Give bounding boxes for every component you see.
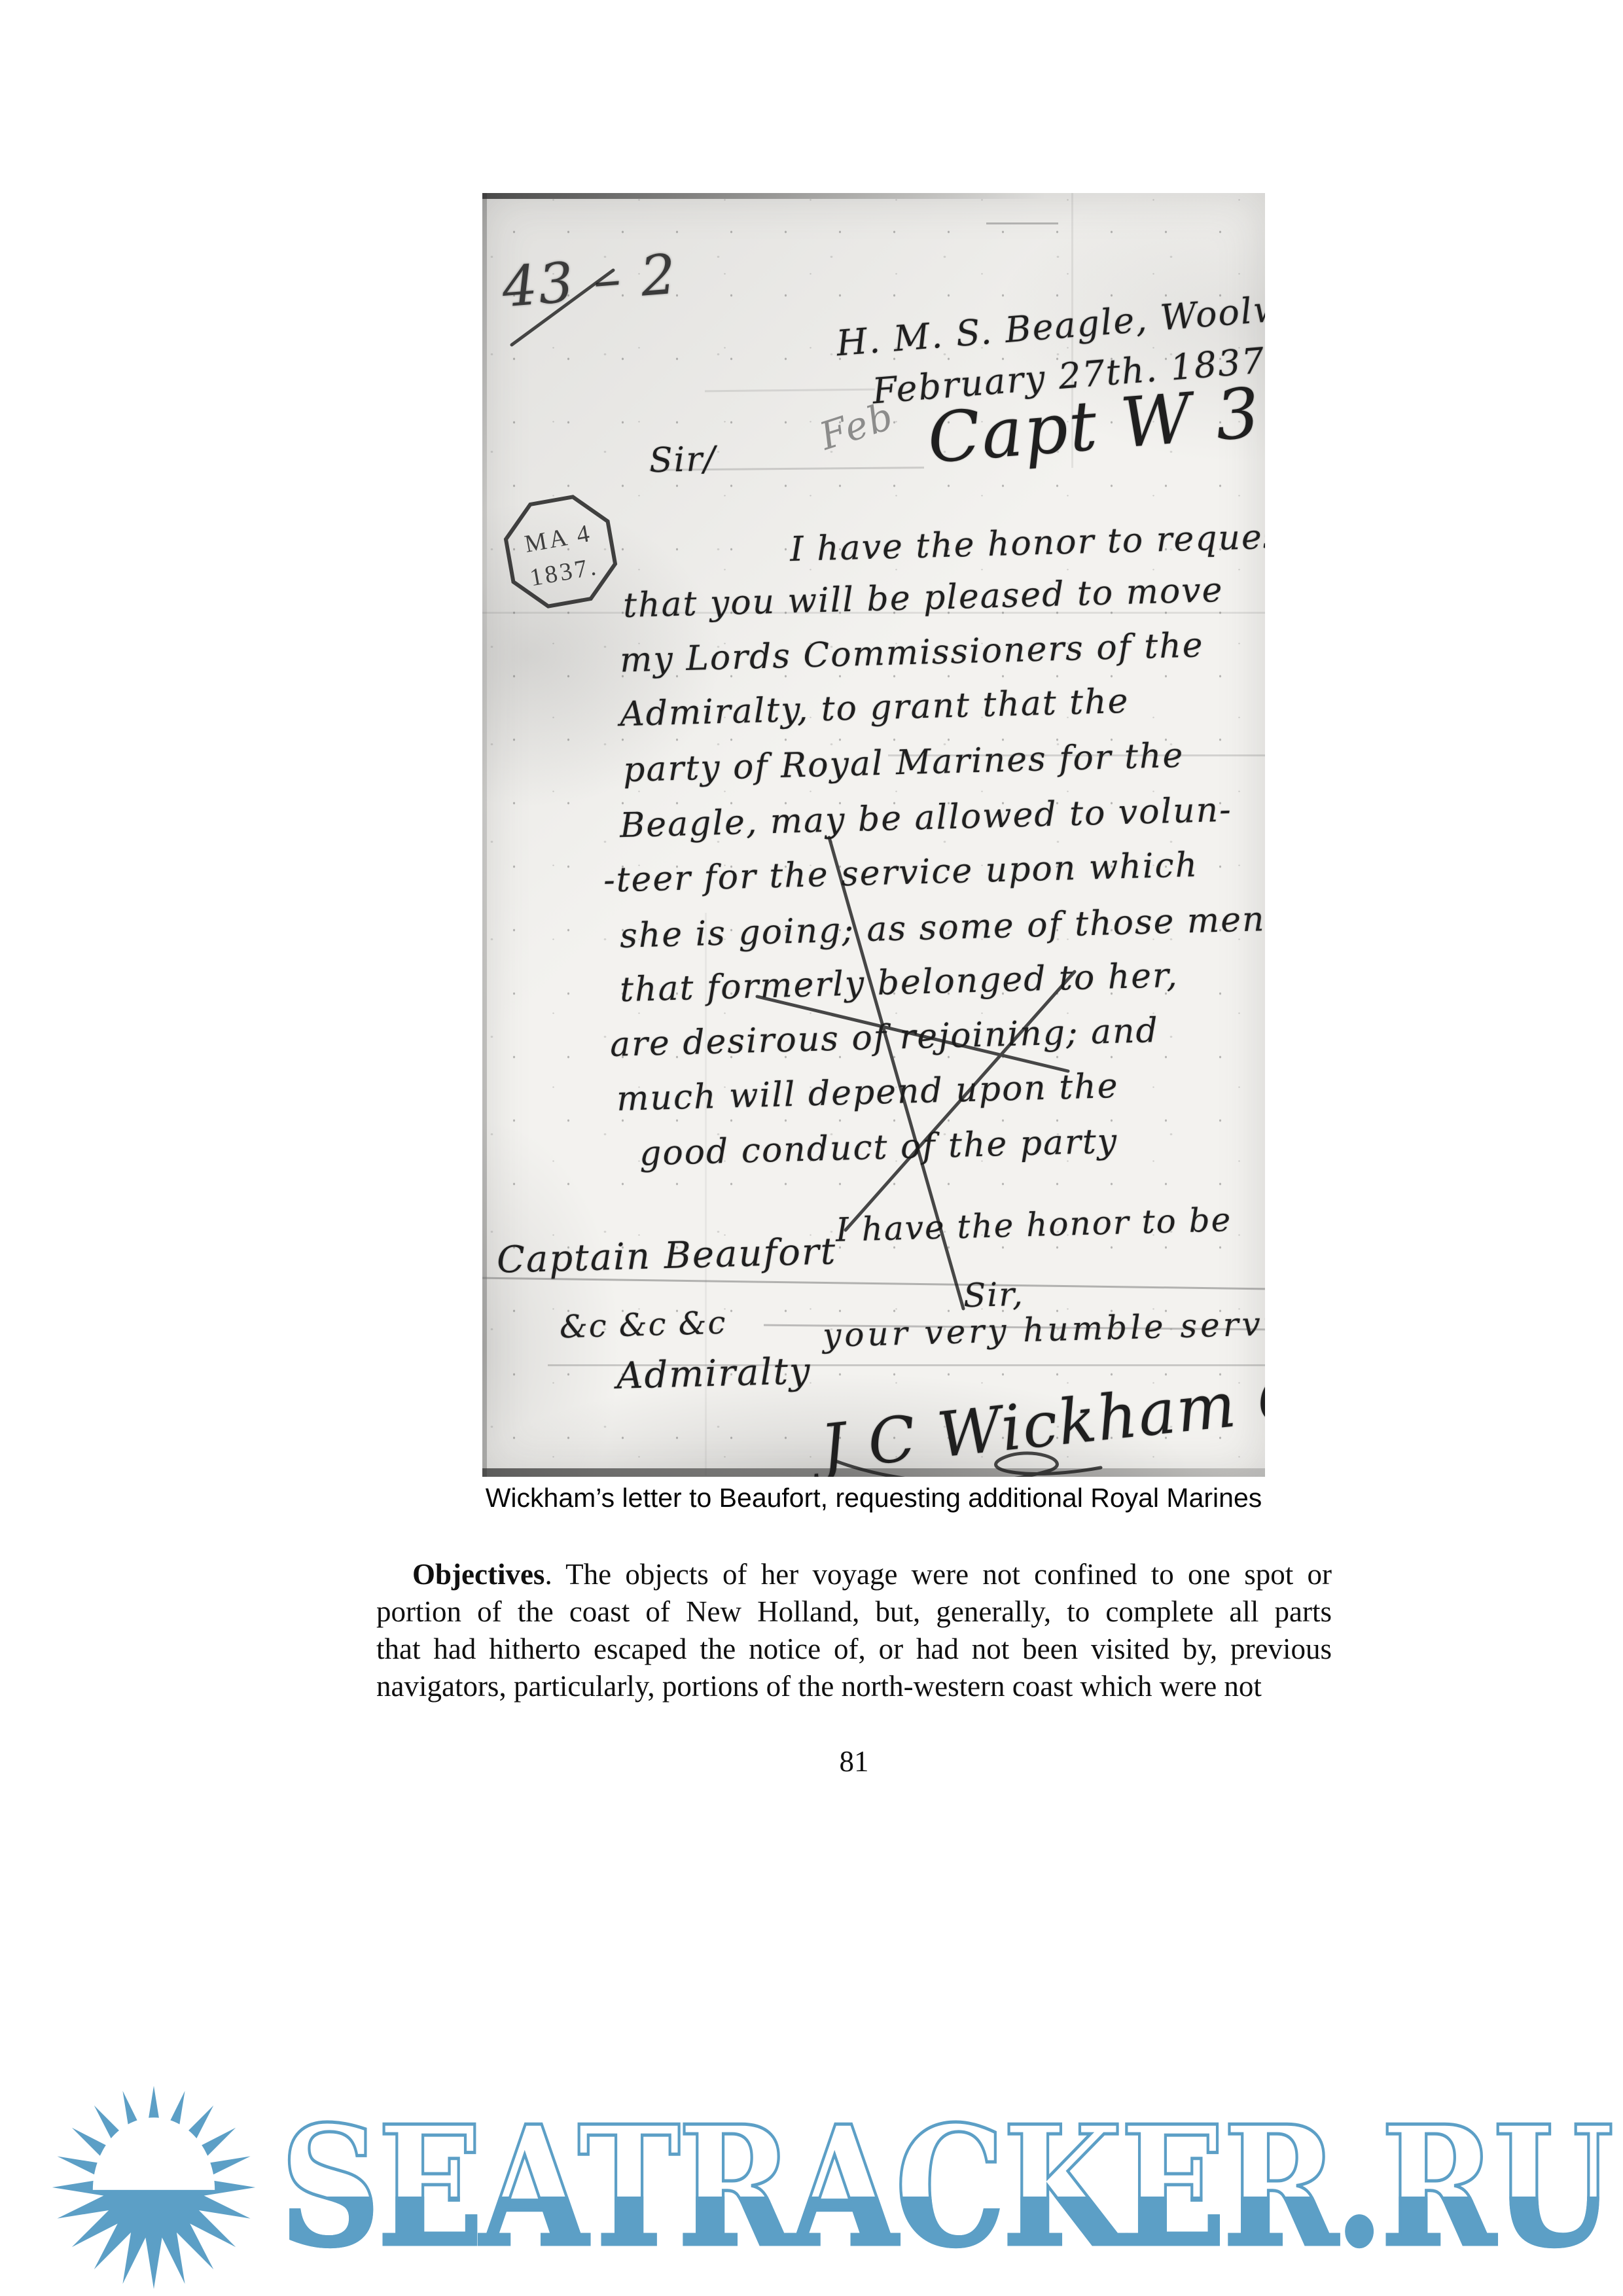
paragraph-line: Objectives. The objects of her voyage we… [376, 1556, 1332, 1593]
paragraph-lead-word: Objectives [412, 1558, 544, 1591]
scan-edge-shading [482, 193, 1265, 199]
salutation: Sir/ [649, 440, 717, 481]
page-number: 81 [376, 1744, 1332, 1778]
handwritten-line: -teer for the service upon which [603, 845, 1198, 900]
handwritten-line: Admiralty [616, 1350, 811, 1398]
handwritten-line: are desirous of rejoining; and [609, 1011, 1159, 1065]
handwritten-line: I have the honor to request [789, 517, 1265, 569]
handwritten-line: she is going; as some of those men [619, 900, 1265, 956]
handwritten-line: Admiralty, to grant that the [619, 682, 1130, 734]
paragraph-line: portion of the coast of New Holland, but… [376, 1593, 1332, 1631]
figure-caption: Wickham’s letter to Beaufort, requesting… [482, 1483, 1265, 1513]
handwritten-line: good conduct of the party [639, 1122, 1118, 1173]
pencil-scribble: Feb [814, 393, 899, 459]
watermark-text: SEATRACKER.RU [280, 2089, 1611, 2285]
paragraph-line: that had hitherto escaped the notice of,… [376, 1631, 1332, 1668]
stamp-text-line2: 1837. [527, 553, 600, 592]
handwritten-line: my Lords Commissioners of the [619, 626, 1204, 680]
handwritten-line: your very humble servt [822, 1305, 1265, 1354]
sun-logo-icon [46, 2079, 262, 2295]
handwritten-line: &c &c &c [559, 1305, 727, 1346]
handwritten-line: Beagle, may be allowed to volun- [619, 790, 1232, 845]
handwritten-line: Sir, [963, 1275, 1024, 1315]
handwritten-line: that formerly belonged to her, [619, 956, 1179, 1010]
scratch-line [705, 389, 875, 393]
scan-edge-shading [482, 193, 487, 1477]
addressee-line: Captain Beaufort [496, 1230, 837, 1282]
paragraph-line: navigators, particularly, portions of th… [376, 1668, 1332, 1705]
paragraph-lead-rest: . The objects of her voyage were not con… [544, 1558, 1332, 1591]
date-stamp: MA 4 1837. [482, 475, 641, 628]
book-page: 43 – 2 H. M. S. Beagle, Woolwich Februar… [0, 0, 1623, 2296]
handwritten-line: I have the honor to be [835, 1201, 1232, 1249]
letter-scan-image: 43 – 2 H. M. S. Beagle, Woolwich Februar… [482, 193, 1265, 1477]
scratch-line [986, 222, 1058, 224]
handwritten-line: that you will be pleased to move [622, 571, 1224, 626]
handwritten-line: much will depend upon the [616, 1067, 1119, 1119]
pencil-folio-mark: 43 – 2 [500, 242, 680, 320]
signature: J C Wickham Comm [817, 1345, 1265, 1477]
stamp-text-line1: MA 4 [522, 520, 594, 558]
body-paragraph: Objectives. The objects of her voyage we… [376, 1556, 1332, 1705]
handwritten-line: party of Royal Marines for the [622, 736, 1185, 790]
